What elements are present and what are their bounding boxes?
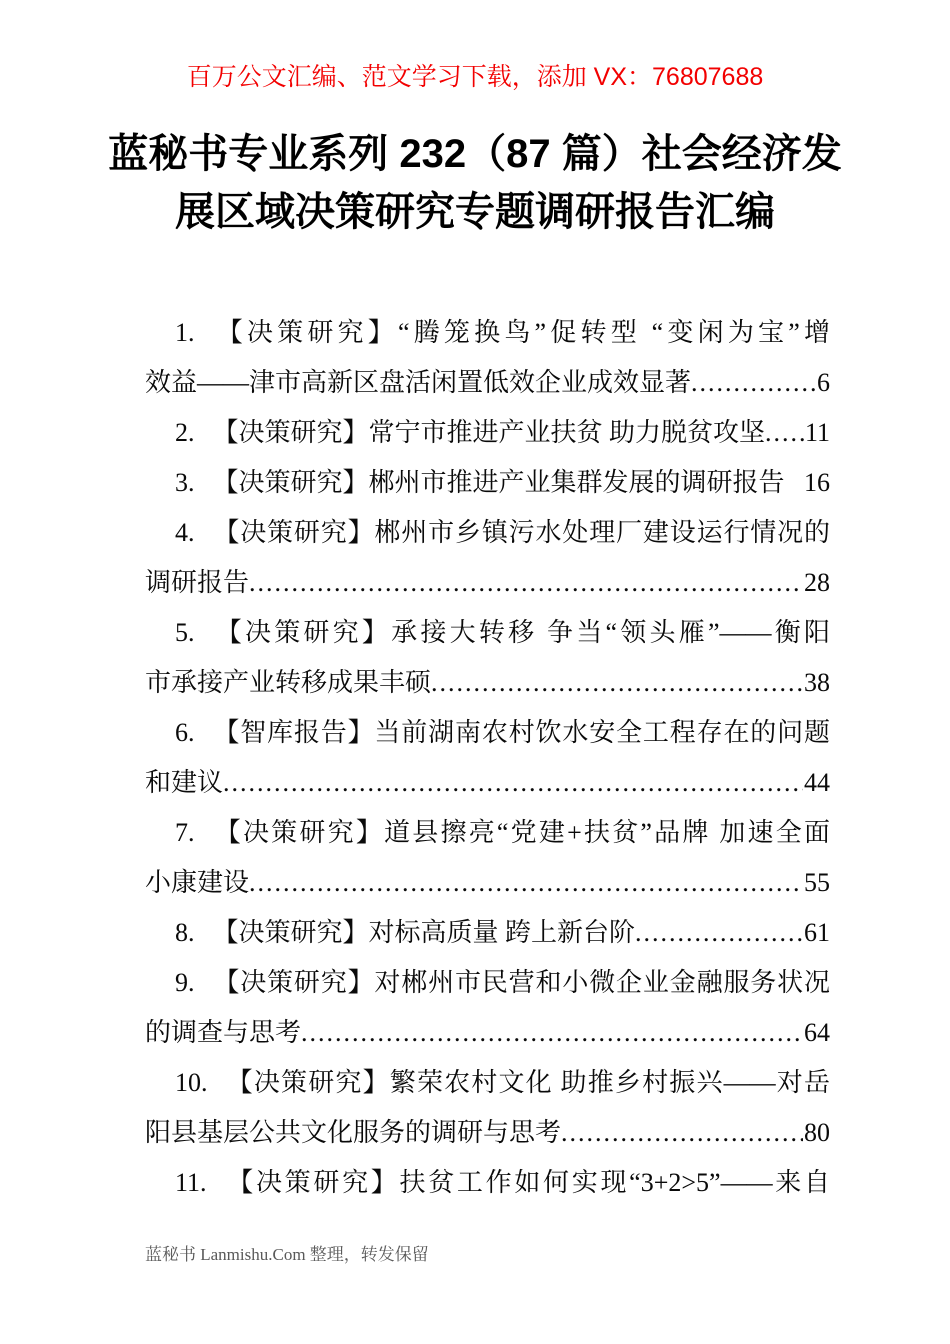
toc-dot-leader: ........................................… xyxy=(765,408,804,458)
toc-entry-tail-line: 和建议.....................................… xyxy=(145,758,830,808)
toc-entry-number: 9. xyxy=(175,968,195,997)
toc-dot-leader: ........................................… xyxy=(223,758,803,808)
toc-entry: 1.【决策研究】“腾笼换鸟”促转型 “变闲为宝”增效益——津市高新区盘活闲置低效… xyxy=(145,308,830,408)
toc-entry-text: 【决策研究】对标高质量 跨上新台阶 xyxy=(213,908,636,958)
toc-entry-number: 8. xyxy=(175,908,195,958)
footer-note: 蓝秘书 Lanmishu.Com 整理，转发保留 xyxy=(145,1242,429,1268)
toc-entry-tail-line: 8.【决策研究】对标高质量 跨上新台阶.....................… xyxy=(145,908,830,958)
toc-entry: 3.【决策研究】郴州市推进产业集群发展的调研报告16 xyxy=(145,458,830,508)
toc-dot-leader: ........................................… xyxy=(249,558,803,608)
toc-entry-number: 2. xyxy=(175,408,195,458)
toc-entry: 6.【智库报告】当前湖南农村饮水安全工程存在的问题和建议............… xyxy=(145,708,830,808)
toc-entry-first-line: 6.【智库报告】当前湖南农村饮水安全工程存在的问题 xyxy=(145,708,830,758)
toc-page-number: 44 xyxy=(803,758,830,808)
header-notice: 百万公文汇编、范文学习下载，添加 VX：76807688 xyxy=(0,62,950,92)
toc-page-number: 80 xyxy=(803,1108,830,1158)
toc-entry-first-line: 10.【决策研究】繁荣农村文化 助推乡村振兴——对岳 xyxy=(145,1058,830,1108)
toc-entry-text: 【决策研究】道县擦亮“党建+扶贫”品牌 加速全面 xyxy=(213,818,831,847)
toc-dot-leader: ........................................… xyxy=(691,358,816,408)
toc-entry-number: 6. xyxy=(175,718,195,747)
document-title: 蓝秘书专业系列 232（87 篇）社会经济发 展区域决策研究专题调研报告汇编 xyxy=(60,125,890,241)
toc-entry-tail-line: 2.【决策研究】常宁市推进产业扶贫 助力脱贫攻坚................… xyxy=(145,408,830,458)
toc-dot-leader: ........................................… xyxy=(431,658,803,708)
toc-entry-first-line: 9.【决策研究】对郴州市民营和小微企业金融服务状况 xyxy=(145,958,830,1008)
toc-entry-first-line: 4.【决策研究】郴州市乡镇污水处理厂建设运行情况的 xyxy=(145,508,830,558)
toc-entry-number: 5. xyxy=(175,618,195,647)
toc-entry-tail-line: 市承接产业转移成果丰硕.............................… xyxy=(145,658,830,708)
toc-entry-first-line: 5.【决策研究】承接大转移 争当“领头雁”——衡阳 xyxy=(145,608,830,658)
toc-entry: 10.【决策研究】繁荣农村文化 助推乡村振兴——对岳阳县基层公共文化服务的调研与… xyxy=(145,1058,830,1158)
toc-entry-number: 3. xyxy=(175,458,195,508)
toc-page-number: 28 xyxy=(803,558,830,608)
toc-dot-leader: ........................................… xyxy=(249,858,803,908)
toc-entry-tail-line: 调研报告....................................… xyxy=(145,558,830,608)
toc-entry-text: 【决策研究】扶贫工作如何实现“3+2>5”——来自 xyxy=(225,1168,830,1197)
toc-entry-text: 【决策研究】对郴州市民营和小微企业金融服务状况 xyxy=(213,968,831,997)
toc-entry: 7.【决策研究】道县擦亮“党建+扶贫”品牌 加速全面小康建设..........… xyxy=(145,808,830,908)
title-line-1: 蓝秘书专业系列 232（87 篇）社会经济发 xyxy=(60,125,890,183)
toc-entry-tail-line: 的调查与思考..................................… xyxy=(145,1008,830,1058)
toc-entry-text: 小康建设 xyxy=(145,858,249,908)
toc-entry: 5.【决策研究】承接大转移 争当“领头雁”——衡阳市承接产业转移成果丰硕....… xyxy=(145,608,830,708)
toc-page-number: 61 xyxy=(803,908,830,958)
toc-entry-text: 市承接产业转移成果丰硕 xyxy=(145,658,431,708)
toc-page-number: 11 xyxy=(804,408,830,458)
toc-entry-text: 调研报告 xyxy=(145,558,249,608)
toc-entry-text: 和建议 xyxy=(145,758,223,808)
toc-page-number: 64 xyxy=(803,1008,830,1058)
toc-entry-text: 【决策研究】承接大转移 争当“领头雁”——衡阳 xyxy=(213,618,831,647)
toc-entry-first-line: 1.【决策研究】“腾笼换鸟”促转型 “变闲为宝”增 xyxy=(145,308,830,358)
toc-dot-leader: ........................................… xyxy=(635,908,803,958)
toc-entry-first-line: 7.【决策研究】道县擦亮“党建+扶贫”品牌 加速全面 xyxy=(145,808,830,858)
toc-dot-leader: ........................................… xyxy=(301,1008,803,1058)
toc-entry-tail-line: 阳县基层公共文化服务的调研与思考........................… xyxy=(145,1108,830,1158)
toc-entry-number: 10. xyxy=(175,1068,208,1097)
toc-entry-text: 【智库报告】当前湖南农村饮水安全工程存在的问题 xyxy=(213,718,831,747)
toc-entry-tail-line: 3.【决策研究】郴州市推进产业集群发展的调研报告16 xyxy=(145,458,830,508)
toc-entry-tail-line: 效益——津市高新区盘活闲置低效企业成效显著...................… xyxy=(145,358,830,408)
toc-entry: 11.【决策研究】扶贫工作如何实现“3+2>5”——来自 xyxy=(145,1158,830,1208)
toc-entry: 4.【决策研究】郴州市乡镇污水处理厂建设运行情况的调研报告...........… xyxy=(145,508,830,608)
toc-entry: 8.【决策研究】对标高质量 跨上新台阶.....................… xyxy=(145,908,830,958)
toc-entry-tail-line: 小康建设....................................… xyxy=(145,858,830,908)
toc-page-number: 16 xyxy=(803,458,830,508)
toc-page-number: 38 xyxy=(803,658,830,708)
toc-entry-text: 【决策研究】郴州市乡镇污水处理厂建设运行情况的 xyxy=(213,518,831,547)
toc-entry-number: 11. xyxy=(175,1168,207,1197)
toc-entry-text: 效益——津市高新区盘活闲置低效企业成效显著 xyxy=(145,358,691,408)
toc-list: 1.【决策研究】“腾笼换鸟”促转型 “变闲为宝”增效益——津市高新区盘活闲置低效… xyxy=(145,308,830,1208)
toc-entry: 2.【决策研究】常宁市推进产业扶贫 助力脱贫攻坚................… xyxy=(145,408,830,458)
toc-dot-leader: ........................................… xyxy=(561,1108,803,1158)
toc-entry-text: 【决策研究】郴州市推进产业集群发展的调研报告 xyxy=(213,458,785,508)
toc-entry-text: 阳县基层公共文化服务的调研与思考 xyxy=(145,1108,561,1158)
toc-entry-number: 4. xyxy=(175,518,195,547)
title-line-2: 展区域决策研究专题调研报告汇编 xyxy=(60,183,890,241)
toc-entry-text: 【决策研究】繁荣农村文化 助推乡村振兴——对岳 xyxy=(226,1068,831,1097)
toc-entry-first-line: 11.【决策研究】扶贫工作如何实现“3+2>5”——来自 xyxy=(145,1158,830,1208)
toc-page-number: 55 xyxy=(803,858,830,908)
toc-page-number: 6 xyxy=(816,358,830,408)
toc-entry-text: 的调查与思考 xyxy=(145,1008,301,1058)
toc-entry-number: 7. xyxy=(175,818,195,847)
toc-entry-text: 【决策研究】常宁市推进产业扶贫 助力脱贫攻坚 xyxy=(213,408,766,458)
toc-entry-number: 1. xyxy=(175,318,195,347)
document-page: 百万公文汇编、范文学习下载，添加 VX：76807688 蓝秘书专业系列 232… xyxy=(0,0,950,1344)
toc-entry-text: 【决策研究】“腾笼换鸟”促转型 “变闲为宝”增 xyxy=(213,318,831,347)
toc-entry: 9.【决策研究】对郴州市民营和小微企业金融服务状况的调查与思考.........… xyxy=(145,958,830,1058)
